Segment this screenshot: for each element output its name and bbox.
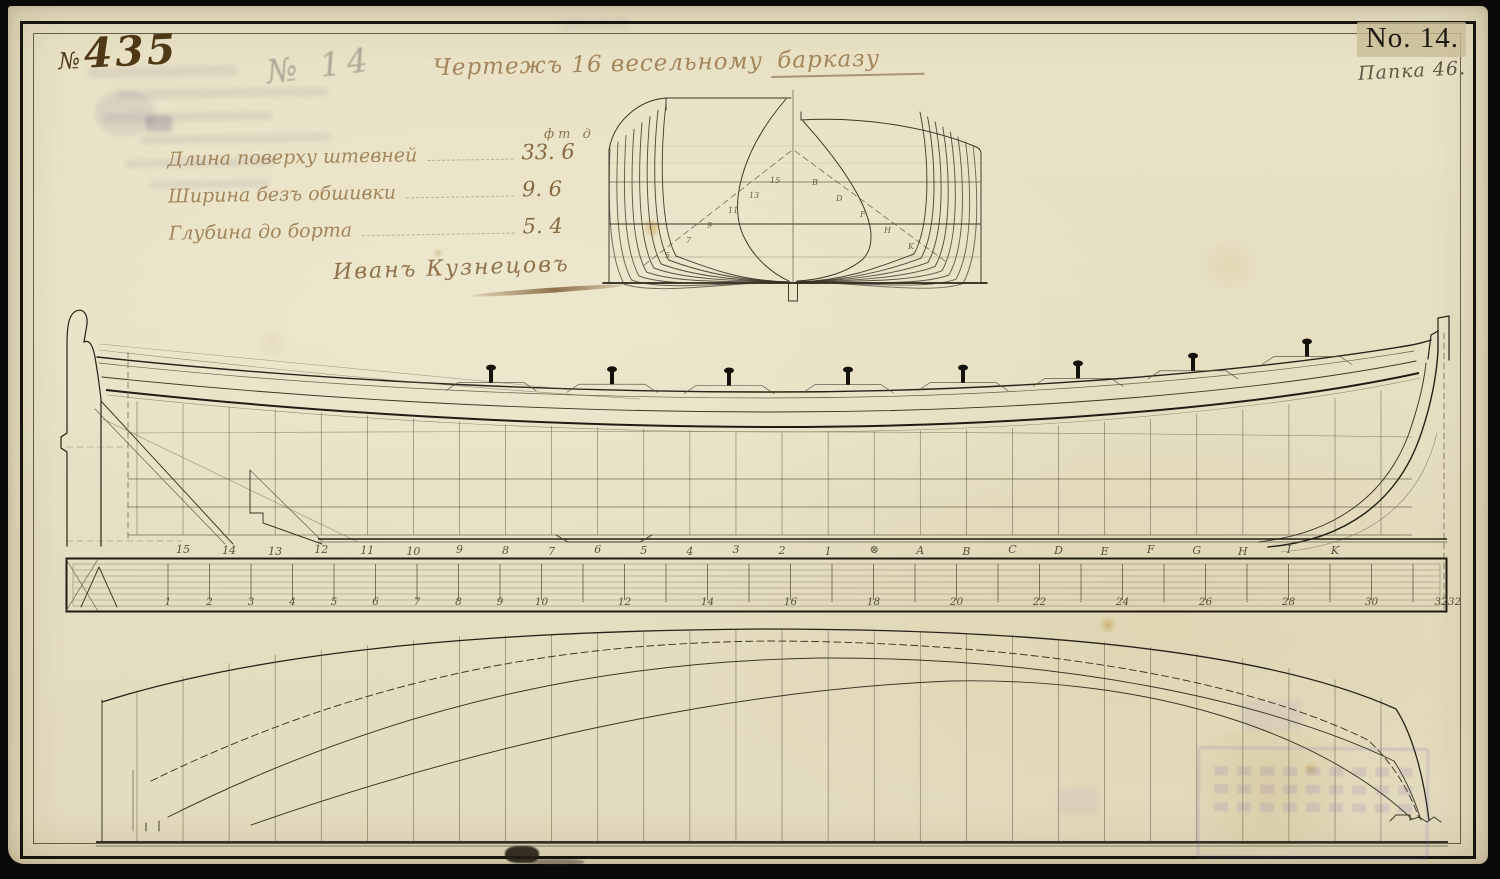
scale-label: 18 <box>867 596 880 608</box>
station-label: 7 <box>548 545 555 558</box>
dimension-row: Ширина безъ обшивки9. 6 <box>168 176 580 207</box>
dimension-value: 5. 4 <box>522 213 580 238</box>
station-label: 8 <box>502 544 509 557</box>
scale-label: · <box>1411 596 1414 608</box>
scale-label: · <box>830 596 833 608</box>
station-label: ⊗ <box>870 543 879 556</box>
station-label: D <box>1054 544 1063 557</box>
scale-bar <box>66 559 1447 612</box>
thole-pins <box>446 339 1352 394</box>
body-plan-view <box>603 90 987 301</box>
station-label: G <box>1192 544 1201 557</box>
sheer-plan-view <box>61 310 1449 610</box>
half-breadth-grid <box>137 630 1381 841</box>
stamp-text-row <box>1214 766 1412 777</box>
scale-label: 24 <box>1116 596 1129 608</box>
station-label: 4 <box>686 545 693 558</box>
scale-label: 5 <box>331 596 338 608</box>
scale-label: 20 <box>950 596 963 608</box>
body-plan-frame-label: H <box>884 226 891 235</box>
station-label: 3 <box>732 543 739 556</box>
dimension-label: Ширина безъ обшивки <box>168 182 396 208</box>
leader-line <box>362 233 515 237</box>
scale-label: · <box>664 596 667 608</box>
body-plan-frame-label: F <box>860 210 866 219</box>
station-label: 2 <box>779 544 786 557</box>
scale-label: 26 <box>1199 596 1212 608</box>
scale-label: · <box>1162 596 1165 608</box>
scale-label: · <box>1079 596 1082 608</box>
leader-line <box>406 196 514 199</box>
scale-label: 28 <box>1282 596 1295 608</box>
station-label: F <box>1147 543 1155 556</box>
scale-label: · <box>913 596 916 608</box>
dimension-label: Глубина до борта <box>169 219 353 244</box>
body-plan-frame-label: D <box>836 194 842 203</box>
scale-label: 1 <box>165 596 172 608</box>
station-label: 15 <box>176 543 190 556</box>
station-label: 5 <box>640 544 647 557</box>
scale-label: 10 <box>535 596 548 608</box>
dimension-value: 9. 6 <box>522 176 580 201</box>
title-underlined-word: барказу <box>771 45 924 78</box>
station-label: A <box>916 544 924 557</box>
scale-label: 7 <box>414 596 421 608</box>
scale-label: 12 <box>618 596 631 608</box>
stamp-bleedthrough-blob <box>1242 699 1303 730</box>
scale-label: 2 <box>206 596 213 608</box>
body-plan-frame-label: 13 <box>749 191 759 200</box>
station-label: 9 <box>456 543 463 556</box>
station-label: C <box>1008 543 1016 556</box>
body-plan-frame-label: 7 <box>686 236 691 245</box>
station-label: 14 <box>222 544 236 557</box>
scale-label: 8 <box>455 596 462 608</box>
stamp-text-row <box>1214 784 1412 795</box>
scale-label: 6 <box>372 596 379 608</box>
archive-number: №435 <box>57 25 180 79</box>
ship-draught-sheet: №435 № 14 Чертежъ 16 весельному барказу … <box>0 0 1500 879</box>
scale-label: · <box>1328 596 1331 608</box>
station-label: K <box>1331 544 1339 557</box>
scale-corner-label: 32 <box>1434 596 1447 608</box>
body-plan-frame-label: B <box>812 178 818 187</box>
scale-label: · <box>996 596 999 608</box>
station-label: 10 <box>406 545 420 558</box>
scale-bar-lines <box>74 564 1440 600</box>
leader-line <box>427 159 513 162</box>
numero-sign: № <box>58 48 81 75</box>
body-plan-frame-label: 9 <box>707 221 712 230</box>
body-plan-frame-label: 15 <box>770 176 780 185</box>
ink-blot <box>528 859 584 865</box>
scale-label: 14 <box>701 596 714 608</box>
station-label: 6 <box>594 543 601 556</box>
station-label: E <box>1101 545 1109 558</box>
station-label: B <box>962 545 970 558</box>
scale-label: · <box>747 596 750 608</box>
scale-label: · <box>1245 596 1248 608</box>
station-label: 11 <box>360 544 374 557</box>
scale-label: 9 <box>497 596 504 608</box>
scale-label: 30 <box>1365 596 1378 608</box>
body-plan-frame-label: 11 <box>728 206 738 215</box>
dimension-value: 33. 6 <box>521 139 579 164</box>
stamp-bleedthrough <box>1197 746 1430 860</box>
scale-label: 32 <box>1448 596 1461 608</box>
scale-label: 3 <box>248 596 255 608</box>
dimension-list: Длина поверху штевней33. 6Ширина безъ об… <box>167 139 581 244</box>
dimension-label: Длина поверху штевней <box>167 144 417 170</box>
body-plan-frame-label: K <box>908 242 914 251</box>
catalog-number-label: No. 14. <box>1357 22 1466 57</box>
scale-label: 4 <box>289 596 296 608</box>
stamp-bleedthrough-blob <box>1058 788 1098 815</box>
station-label: H <box>1238 545 1248 558</box>
station-label: 13 <box>268 545 282 558</box>
scale-label: 16 <box>784 596 797 608</box>
body-plan-frame-label: 5 <box>665 251 670 260</box>
stamp-text-row <box>1214 802 1412 813</box>
station-label: 1 <box>825 545 832 558</box>
station-label: 12 <box>314 543 328 556</box>
scale-label: · <box>581 596 584 608</box>
scale-label: 22 <box>1033 596 1046 608</box>
station-label: I <box>1287 543 1291 556</box>
